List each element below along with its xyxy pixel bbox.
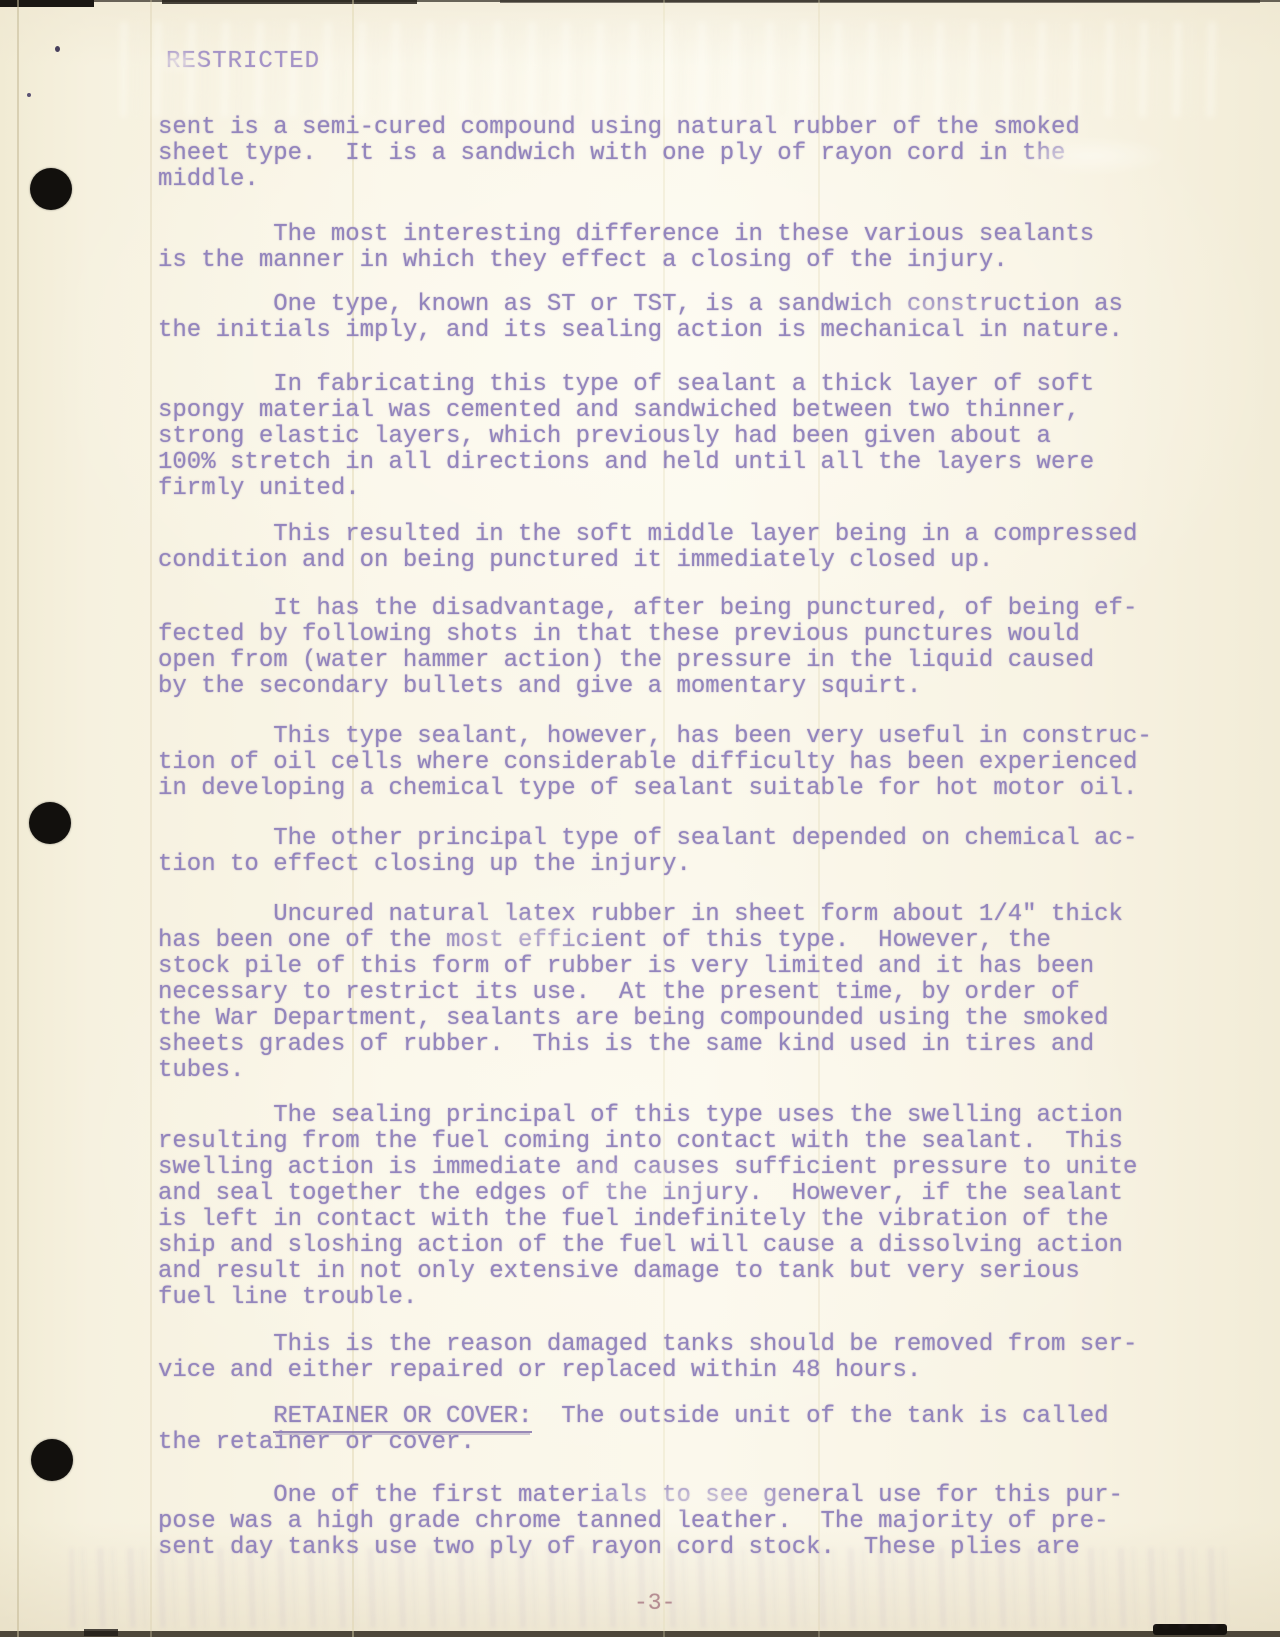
- text-line: sheets grades of rubber. This is the sam…: [158, 1032, 1123, 1058]
- text-line: spongy material was cemented and sandwic…: [158, 398, 1094, 424]
- text-line: swelling action is immediate and causes …: [158, 1155, 1137, 1181]
- text-line: resulting from the fuel coming into cont…: [158, 1129, 1137, 1155]
- text-line: ship and sloshing action of the fuel wil…: [158, 1233, 1137, 1259]
- paragraph: One type, known as ST or TST, is a sandw…: [158, 292, 1123, 344]
- text-line: open from (water hammer action) the pres…: [158, 648, 1137, 674]
- paragraph: The most interesting difference in these…: [158, 222, 1094, 274]
- paragraph: This is the reason damaged tanks should …: [158, 1332, 1137, 1384]
- text-line: tion to effect closing up the injury.: [158, 852, 1137, 878]
- paragraph: sent is a semi-cured compound using natu…: [158, 115, 1080, 193]
- text-line: the War Department, sealants are being c…: [158, 1006, 1123, 1032]
- text-line: condition and on being punctured it imme…: [158, 548, 1137, 574]
- text-line: is left in contact with the fuel indefin…: [158, 1207, 1137, 1233]
- text-line: vice and either repaired or replaced wit…: [158, 1358, 1137, 1384]
- text-line: middle.: [158, 167, 1080, 193]
- text-line: necessary to restrict its use. At the pr…: [158, 980, 1123, 1006]
- text-line: The sealing principal of this type uses …: [158, 1103, 1137, 1129]
- text-line: The other principal type of sealant depe…: [158, 826, 1137, 852]
- text-line: sent is a semi-cured compound using natu…: [158, 115, 1080, 141]
- crease-line-margin: [150, 0, 152, 1637]
- text-line: Uncured natural latex rubber in sheet fo…: [158, 902, 1123, 928]
- text-line: in developing a chemical type of sealant…: [158, 776, 1152, 802]
- text-line: This resulted in the soft middle layer b…: [158, 522, 1137, 548]
- text-line: In fabricating this type of sealant a th…: [158, 372, 1094, 398]
- page-number: -3-: [634, 1590, 675, 1616]
- text-line: is the manner in which they effect a clo…: [158, 248, 1094, 274]
- ink-speck: [55, 46, 60, 52]
- text-line: One type, known as ST or TST, is a sandw…: [158, 292, 1123, 318]
- paragraph: The other principal type of sealant depe…: [158, 826, 1137, 878]
- paragraph: Uncured natural latex rubber in sheet fo…: [158, 902, 1123, 1084]
- text-line: the retainer or cover.: [158, 1430, 1109, 1456]
- bottom-edge-mark-2: [84, 1629, 118, 1636]
- text-line: The most interesting difference in these…: [158, 222, 1094, 248]
- text-line: sheet type. It is a sandwich with one pl…: [158, 141, 1080, 167]
- text-line: fuel line trouble.: [158, 1285, 1137, 1311]
- text-line: fected by following shots in that these …: [158, 622, 1137, 648]
- crease-line-left: [17, 0, 19, 1637]
- paragraph: In fabricating this type of sealant a th…: [158, 372, 1094, 502]
- text-line: pose was a high grade chrome tanned leat…: [158, 1509, 1123, 1535]
- text-line: has been one of the most efficient of th…: [158, 928, 1123, 954]
- ink-speck: [27, 93, 31, 97]
- text-line: This is the reason damaged tanks should …: [158, 1332, 1137, 1358]
- text-line: and seal together the edges of the injur…: [158, 1181, 1137, 1207]
- paragraph: The sealing principal of this type uses …: [158, 1103, 1137, 1311]
- paragraph: This resulted in the soft middle layer b…: [158, 522, 1137, 574]
- document-body: sent is a semi-cured compound using natu…: [158, 0, 1178, 1637]
- paragraph: One of the first materials to see genera…: [158, 1483, 1123, 1561]
- text-line: strong elastic layers, which previously …: [158, 424, 1094, 450]
- text-line: It has the disadvantage, after being pun…: [158, 596, 1137, 622]
- scanned-document-page: RESTRICTED sent is a semi-cured compound…: [0, 0, 1280, 1637]
- hole-punch: [31, 1439, 73, 1481]
- paragraph: This type sealant, however, has been ver…: [158, 724, 1152, 802]
- text-line: sent day tanks use two ply of rayon cord…: [158, 1535, 1123, 1561]
- text-line: tubes.: [158, 1058, 1123, 1084]
- hole-punch: [30, 168, 72, 210]
- text-line: the initials imply, and its sealing acti…: [158, 318, 1123, 344]
- text-line: and result in not only extensive damage …: [158, 1259, 1137, 1285]
- paragraph: RETAINER OR COVER: The outside unit of t…: [158, 1404, 1109, 1456]
- text-line: tion of oil cells where considerable dif…: [158, 750, 1152, 776]
- text-line: by the secondary bullets and give a mome…: [158, 674, 1137, 700]
- text-line: One of the first materials to see genera…: [158, 1483, 1123, 1509]
- text-line: stock pile of this form of rubber is ver…: [158, 954, 1123, 980]
- text-line: 100% stretch in all directions and held …: [158, 450, 1094, 476]
- text-line: firmly united.: [158, 476, 1094, 502]
- top-left-edge-mark: [0, 0, 94, 7]
- text-line: This type sealant, however, has been ver…: [158, 724, 1152, 750]
- text-line: RETAINER OR COVER: The outside unit of t…: [158, 1404, 1109, 1430]
- hole-punch: [29, 802, 71, 844]
- paragraph: It has the disadvantage, after being pun…: [158, 596, 1137, 700]
